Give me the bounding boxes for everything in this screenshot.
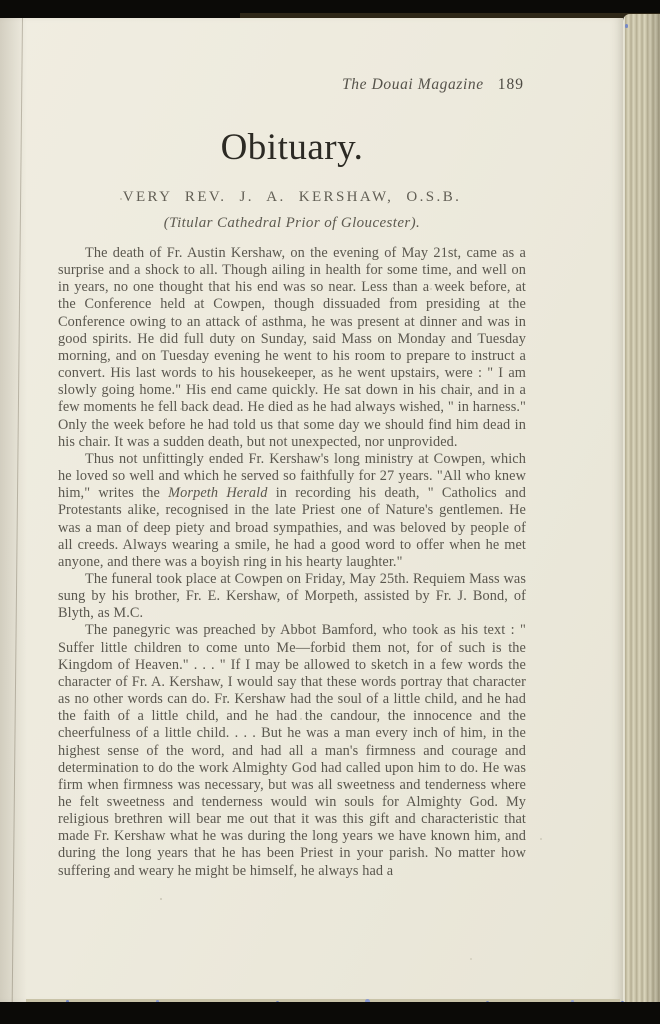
paragraph-1: The death of Fr. Austin Kershaw, on the … [58,245,526,451]
article-title: Obituary. [58,128,526,168]
marbled-edge-speckles [625,24,628,28]
page-content: The Douai Magazine189 Obituary. VERY REV… [58,76,526,880]
page-gutter-shadow [0,18,36,1002]
subtitle-note: (Titular Cathedral Prior of Gloucester). [58,215,526,232]
book-page: The Douai Magazine189 Obituary. VERY REV… [0,18,623,1002]
page-number: 189 [498,76,524,93]
paragraph-2: Thus not unfittingly ended Fr. Kershaw's… [58,451,526,571]
morpeth-herald-italic: Morpeth Herald [168,485,267,501]
scan-bottom-band [0,1002,660,1024]
running-header: The Douai Magazine189 [58,76,526,96]
magazine-title: The Douai Magazine [342,76,484,93]
paragraph-3: The funeral took place at Cowpen on Frid… [58,571,526,622]
article-subtitle: VERY REV. J. A. KERSHAW, O.S.B. [58,189,526,206]
paragraph-4: The panegyric was preached by Abbot Bamf… [58,622,526,879]
article-body: The death of Fr. Austin Kershaw, on the … [58,245,526,880]
page-edge-stack [623,14,660,1010]
